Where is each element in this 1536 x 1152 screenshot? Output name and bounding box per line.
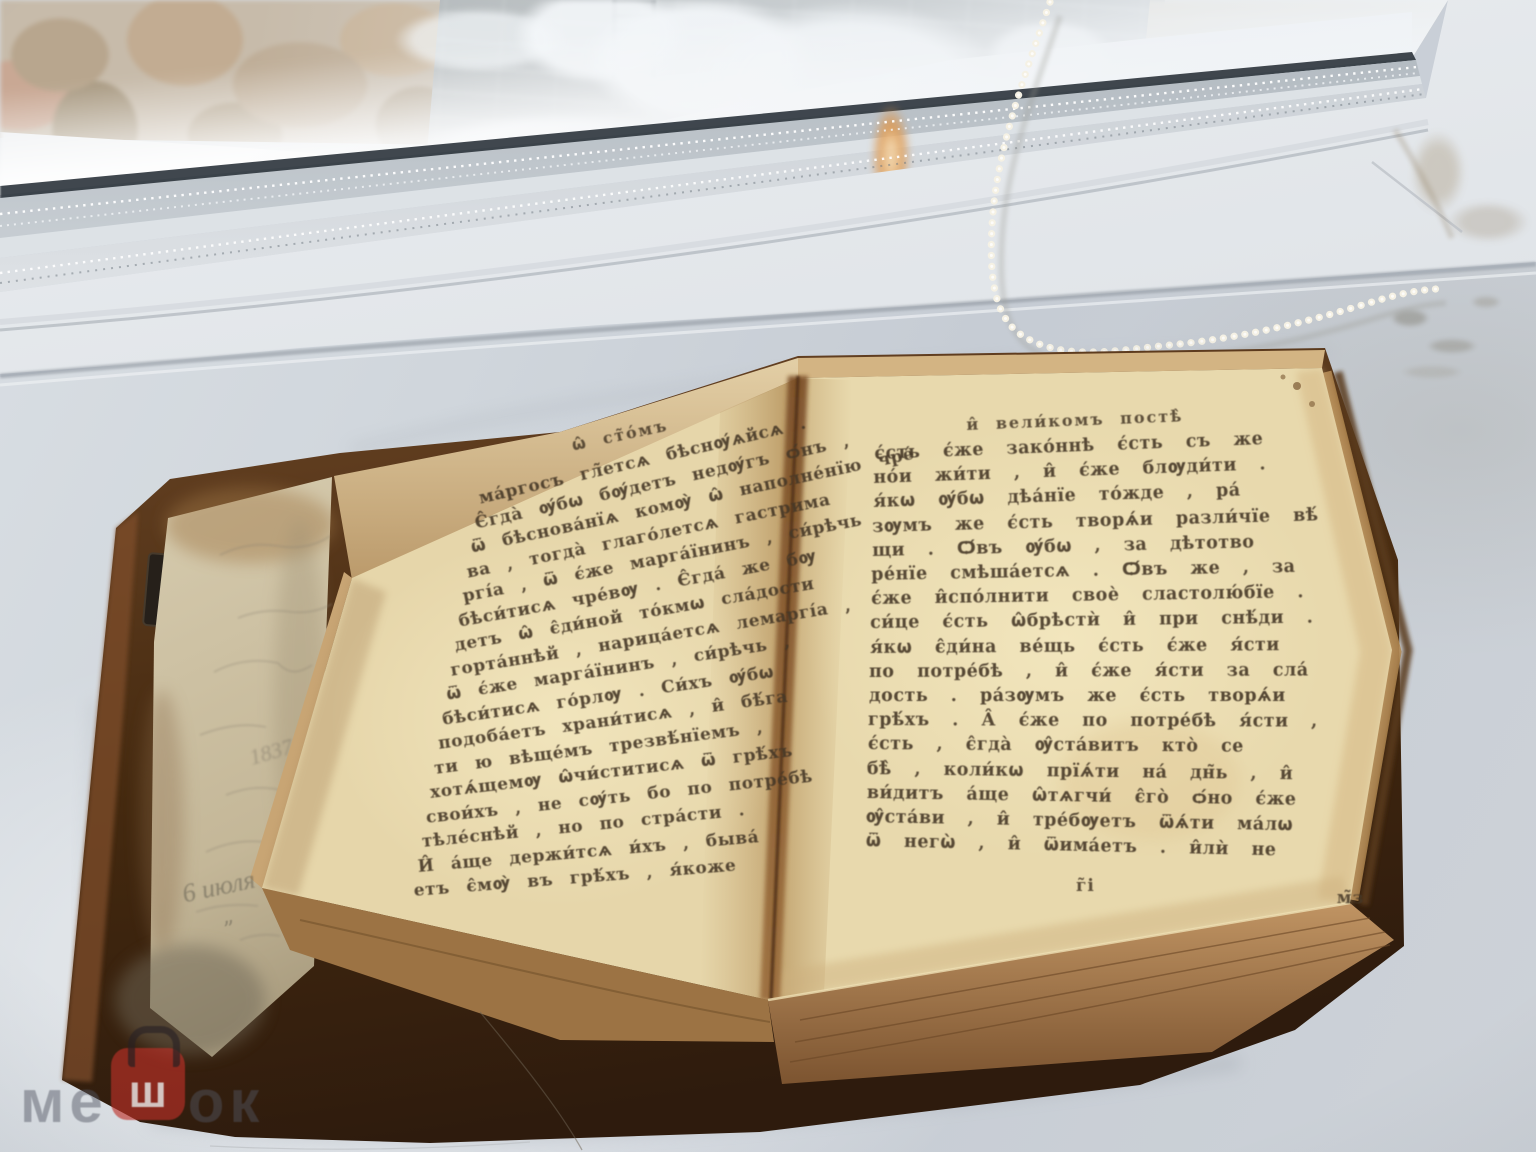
foxing-spot (1281, 375, 1286, 380)
watermark-bag-letter: ш (129, 1063, 167, 1121)
bag-handle-icon (128, 1026, 180, 1067)
shopping-bag-icon: ш (111, 1048, 185, 1120)
photo-scene: 1837 (0, 0, 1536, 1152)
foxing-spot (1293, 382, 1301, 390)
scratch-on-sill (210, 1142, 530, 1149)
frame-grooves (0, 122, 1536, 385)
bead-chain[interactable] (991, 2, 1446, 366)
watermark-text-left: ме (20, 1083, 108, 1120)
text-line: є́сть , є̂гда̀ ѹ̂ста́витъ кто̀ се (868, 734, 1244, 757)
text-line: по потре́бѣ , и̂ є́же я́сти за сла́ (869, 660, 1309, 682)
page-number: м̃з (1337, 888, 1365, 908)
watermark-meshok: ме ш ок (20, 1048, 264, 1120)
pastedown-stain (140, 690, 184, 950)
text-line: грѣ́хъ . А̂ є́же по потре́бѣ я́сти , (868, 710, 1318, 732)
foxing-spot (1309, 401, 1315, 407)
quire-signature: г̃і (1076, 876, 1095, 896)
text-line: я́кѡ є̂ди́на ве́щь є́сть є́же я́сти (870, 635, 1280, 658)
text-line: дость . ра́зѹмъ же є́сть творѧ́и (869, 686, 1286, 706)
vector-layer: 1837 (0, 0, 1536, 1152)
watermark-text-right: ок (188, 1083, 265, 1120)
